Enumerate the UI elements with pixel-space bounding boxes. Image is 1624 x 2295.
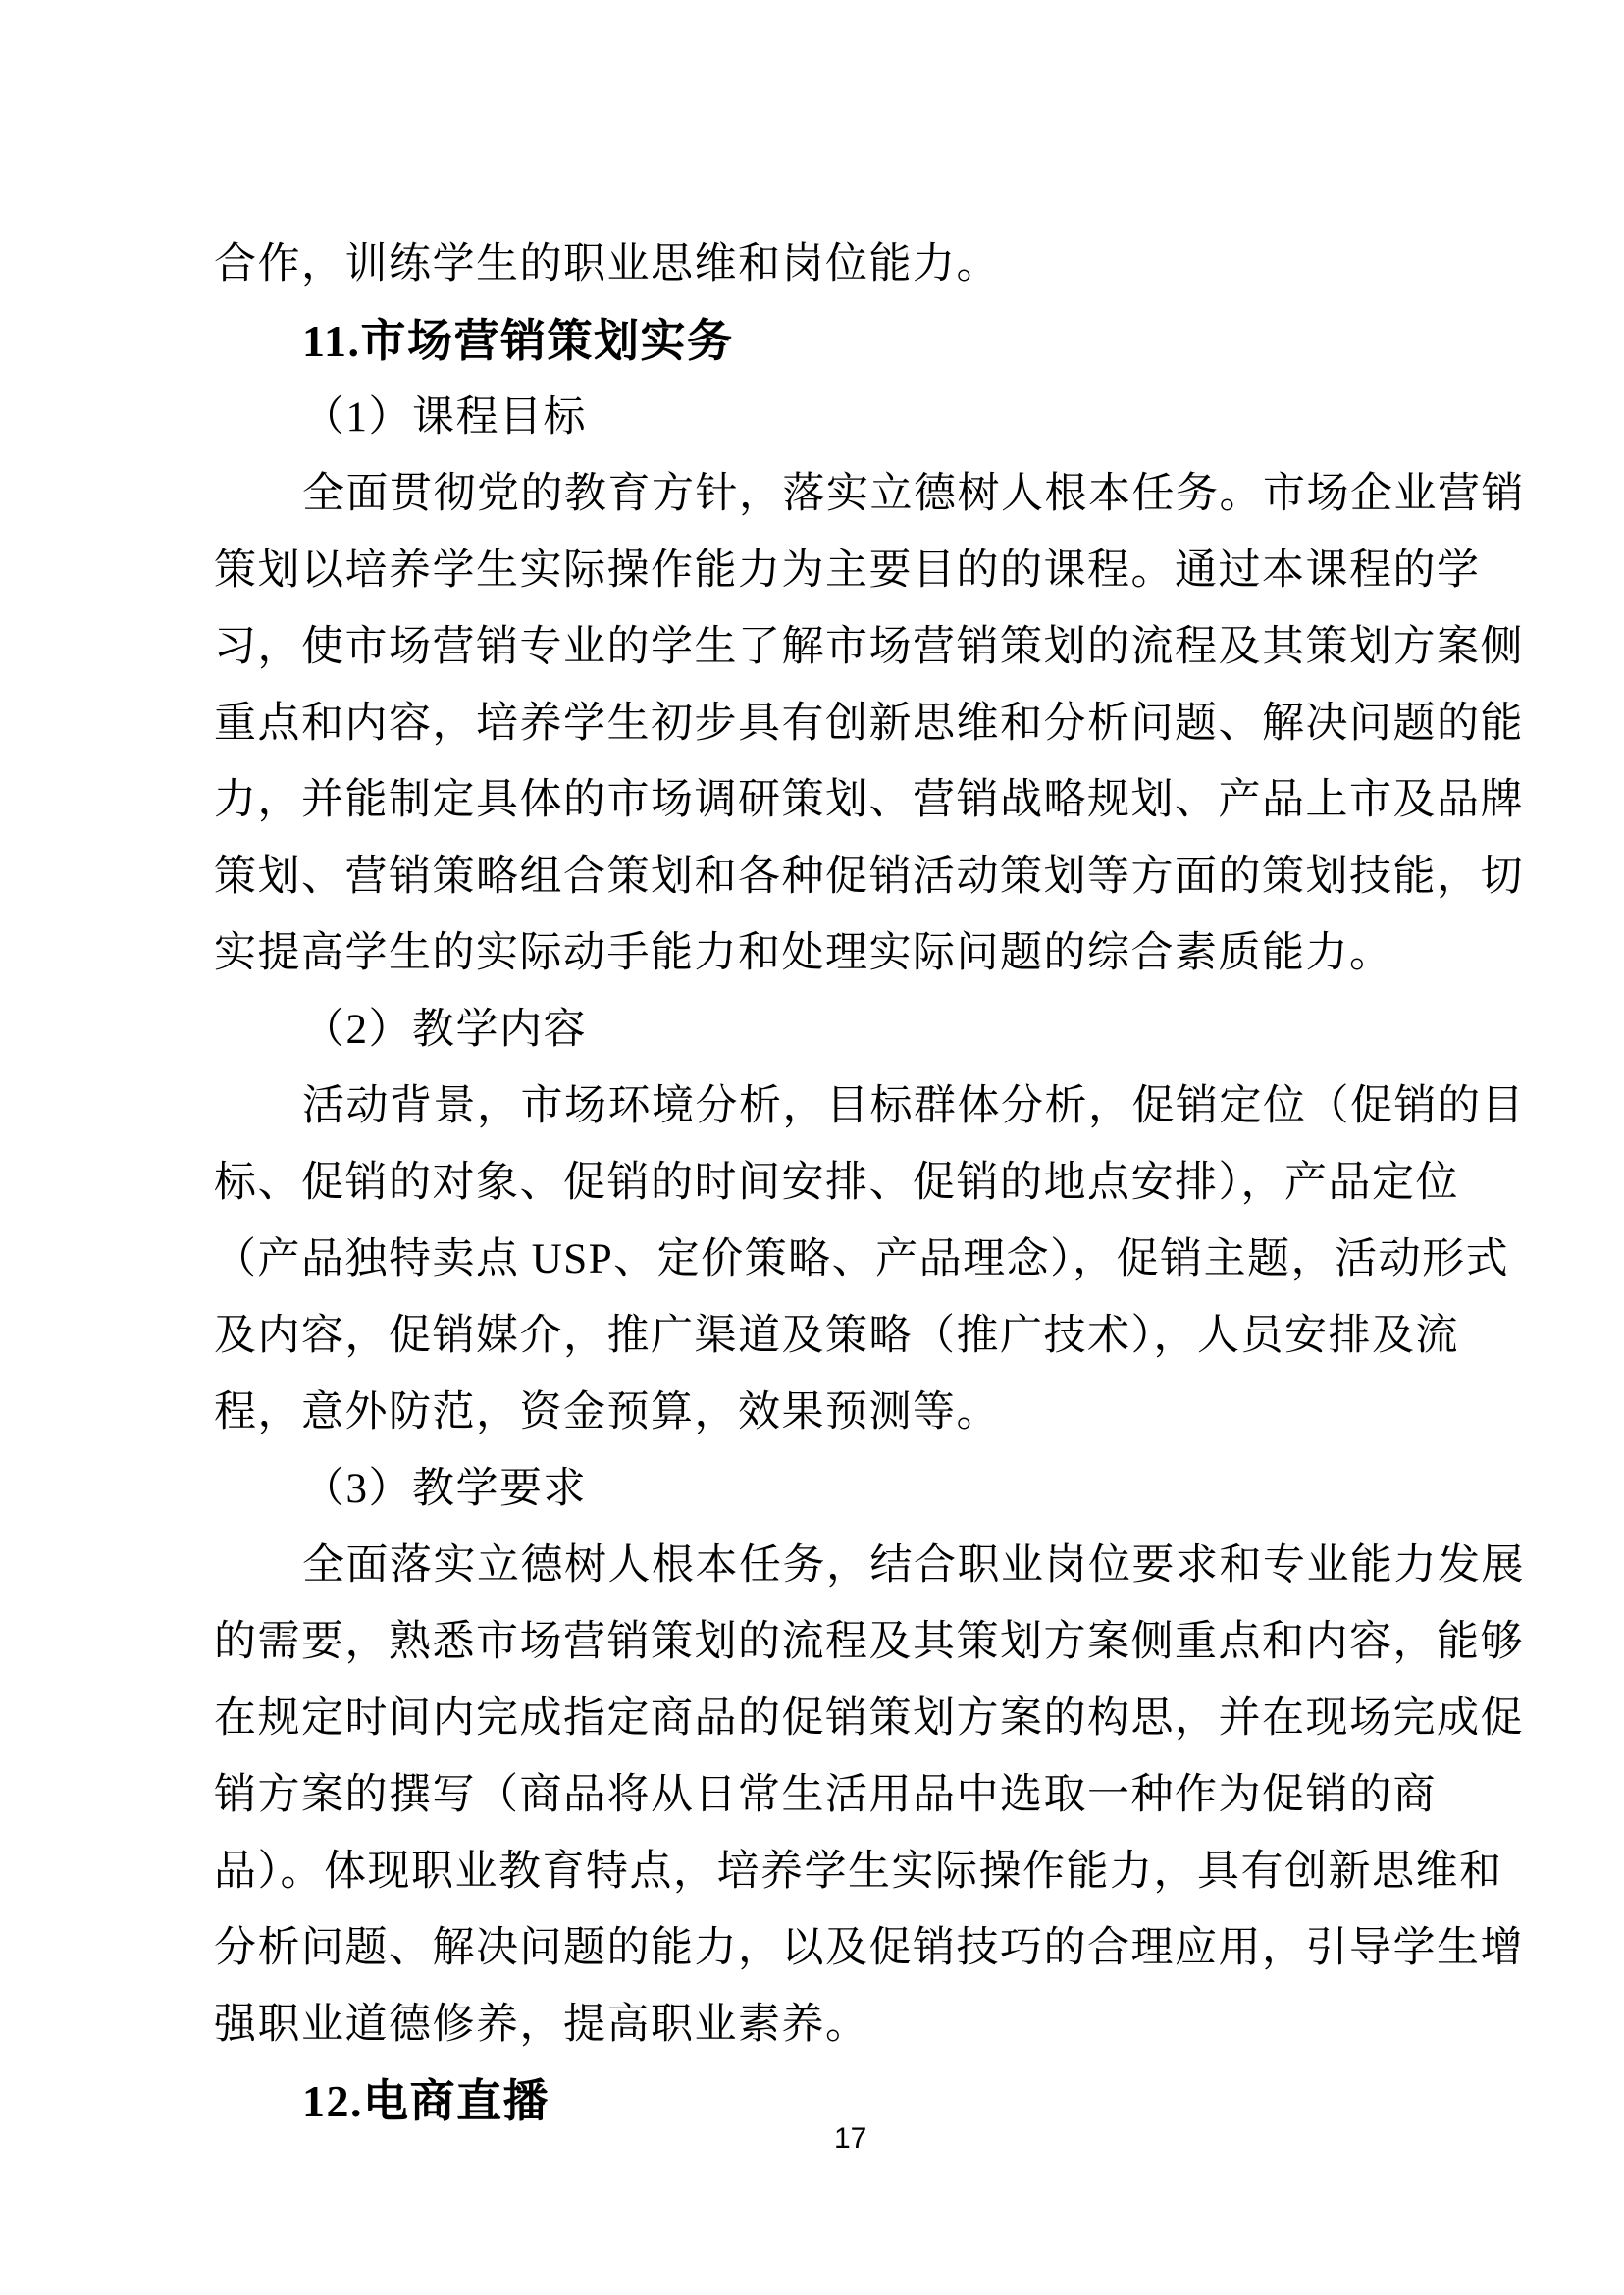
text-line: 强职业道德修养，提高职业素养。 — [214, 1987, 1521, 2063]
document-page: 合作，训练学生的职业思维和岗位能力。 11.市场营销策划实务 （1）课程目标 全… — [0, 0, 1624, 2295]
text-line: 全面落实立德树人根本任务，结合职业岗位要求和专业能力发展 — [214, 1528, 1521, 1604]
text-line: 重点和内容，培养学生初步具有创新思维和分析问题、解决问题的能 — [214, 686, 1521, 762]
course-heading-11: 11.市场营销策划实务 — [214, 303, 1521, 380]
text-line: 标、促销的对象、促销的时间安排、促销的地点安排），产品定位 — [214, 1145, 1521, 1222]
page-number: 17 — [834, 2122, 866, 2156]
text-line: 力，并能制定具体的市场调研策划、营销战略规划、产品上市及品牌 — [214, 762, 1521, 839]
text-line: 及内容，促销媒介，推广渠道及策略（推广技术），人员安排及流 — [214, 1298, 1521, 1375]
text-line: 分析问题、解决问题的能力，以及促销技巧的合理应用，引导学生增 — [214, 1910, 1521, 1987]
section-label: （2）教学内容 — [214, 992, 1521, 1069]
text-line: 全面贯彻党的教育方针，落实立德树人根本任务。市场企业营销 — [214, 456, 1521, 533]
course-heading-12: 12.电商直播 — [214, 2063, 1521, 2140]
text-line: 实提高学生的实际动手能力和处理实际问题的综合素质能力。 — [214, 915, 1521, 992]
text-line: 策划、营销策略组合策划和各种促销活动策划等方面的策划技能，切 — [214, 839, 1521, 915]
section-label: （1）课程目标 — [214, 380, 1521, 456]
text-line: 策划以培养学生实际操作能力为主要目的的课程。通过本课程的学 — [214, 533, 1521, 609]
text-line: 销方案的撰写（商品将从日常生活用品中选取一种作为促销的商 — [214, 1757, 1521, 1834]
document-body: 合作，训练学生的职业思维和岗位能力。 11.市场营销策划实务 （1）课程目标 全… — [214, 227, 1521, 2140]
text-line: 活动背景，市场环境分析，目标群体分析，促销定位（促销的目 — [214, 1069, 1521, 1145]
section-label: （3）教学要求 — [214, 1451, 1521, 1528]
text-line: （产品独特卖点 USP、定价策略、产品理念），促销主题，活动形式 — [214, 1222, 1521, 1298]
text-line: 在规定时间内完成指定商品的促销策划方案的构思，并在现场完成促 — [214, 1681, 1521, 1757]
text-line: 习，使市场营销专业的学生了解市场营销策划的流程及其策划方案侧 — [214, 609, 1521, 686]
text-line: 品）。体现职业教育特点，培养学生实际操作能力，具有创新思维和 — [214, 1834, 1521, 1910]
text-line: 的需要，熟悉市场营销策划的流程及其策划方案侧重点和内容，能够 — [214, 1604, 1521, 1681]
text-line: 程，意外防范，资金预算，效果预测等。 — [214, 1375, 1521, 1451]
text-line: 合作，训练学生的职业思维和岗位能力。 — [214, 227, 1521, 303]
